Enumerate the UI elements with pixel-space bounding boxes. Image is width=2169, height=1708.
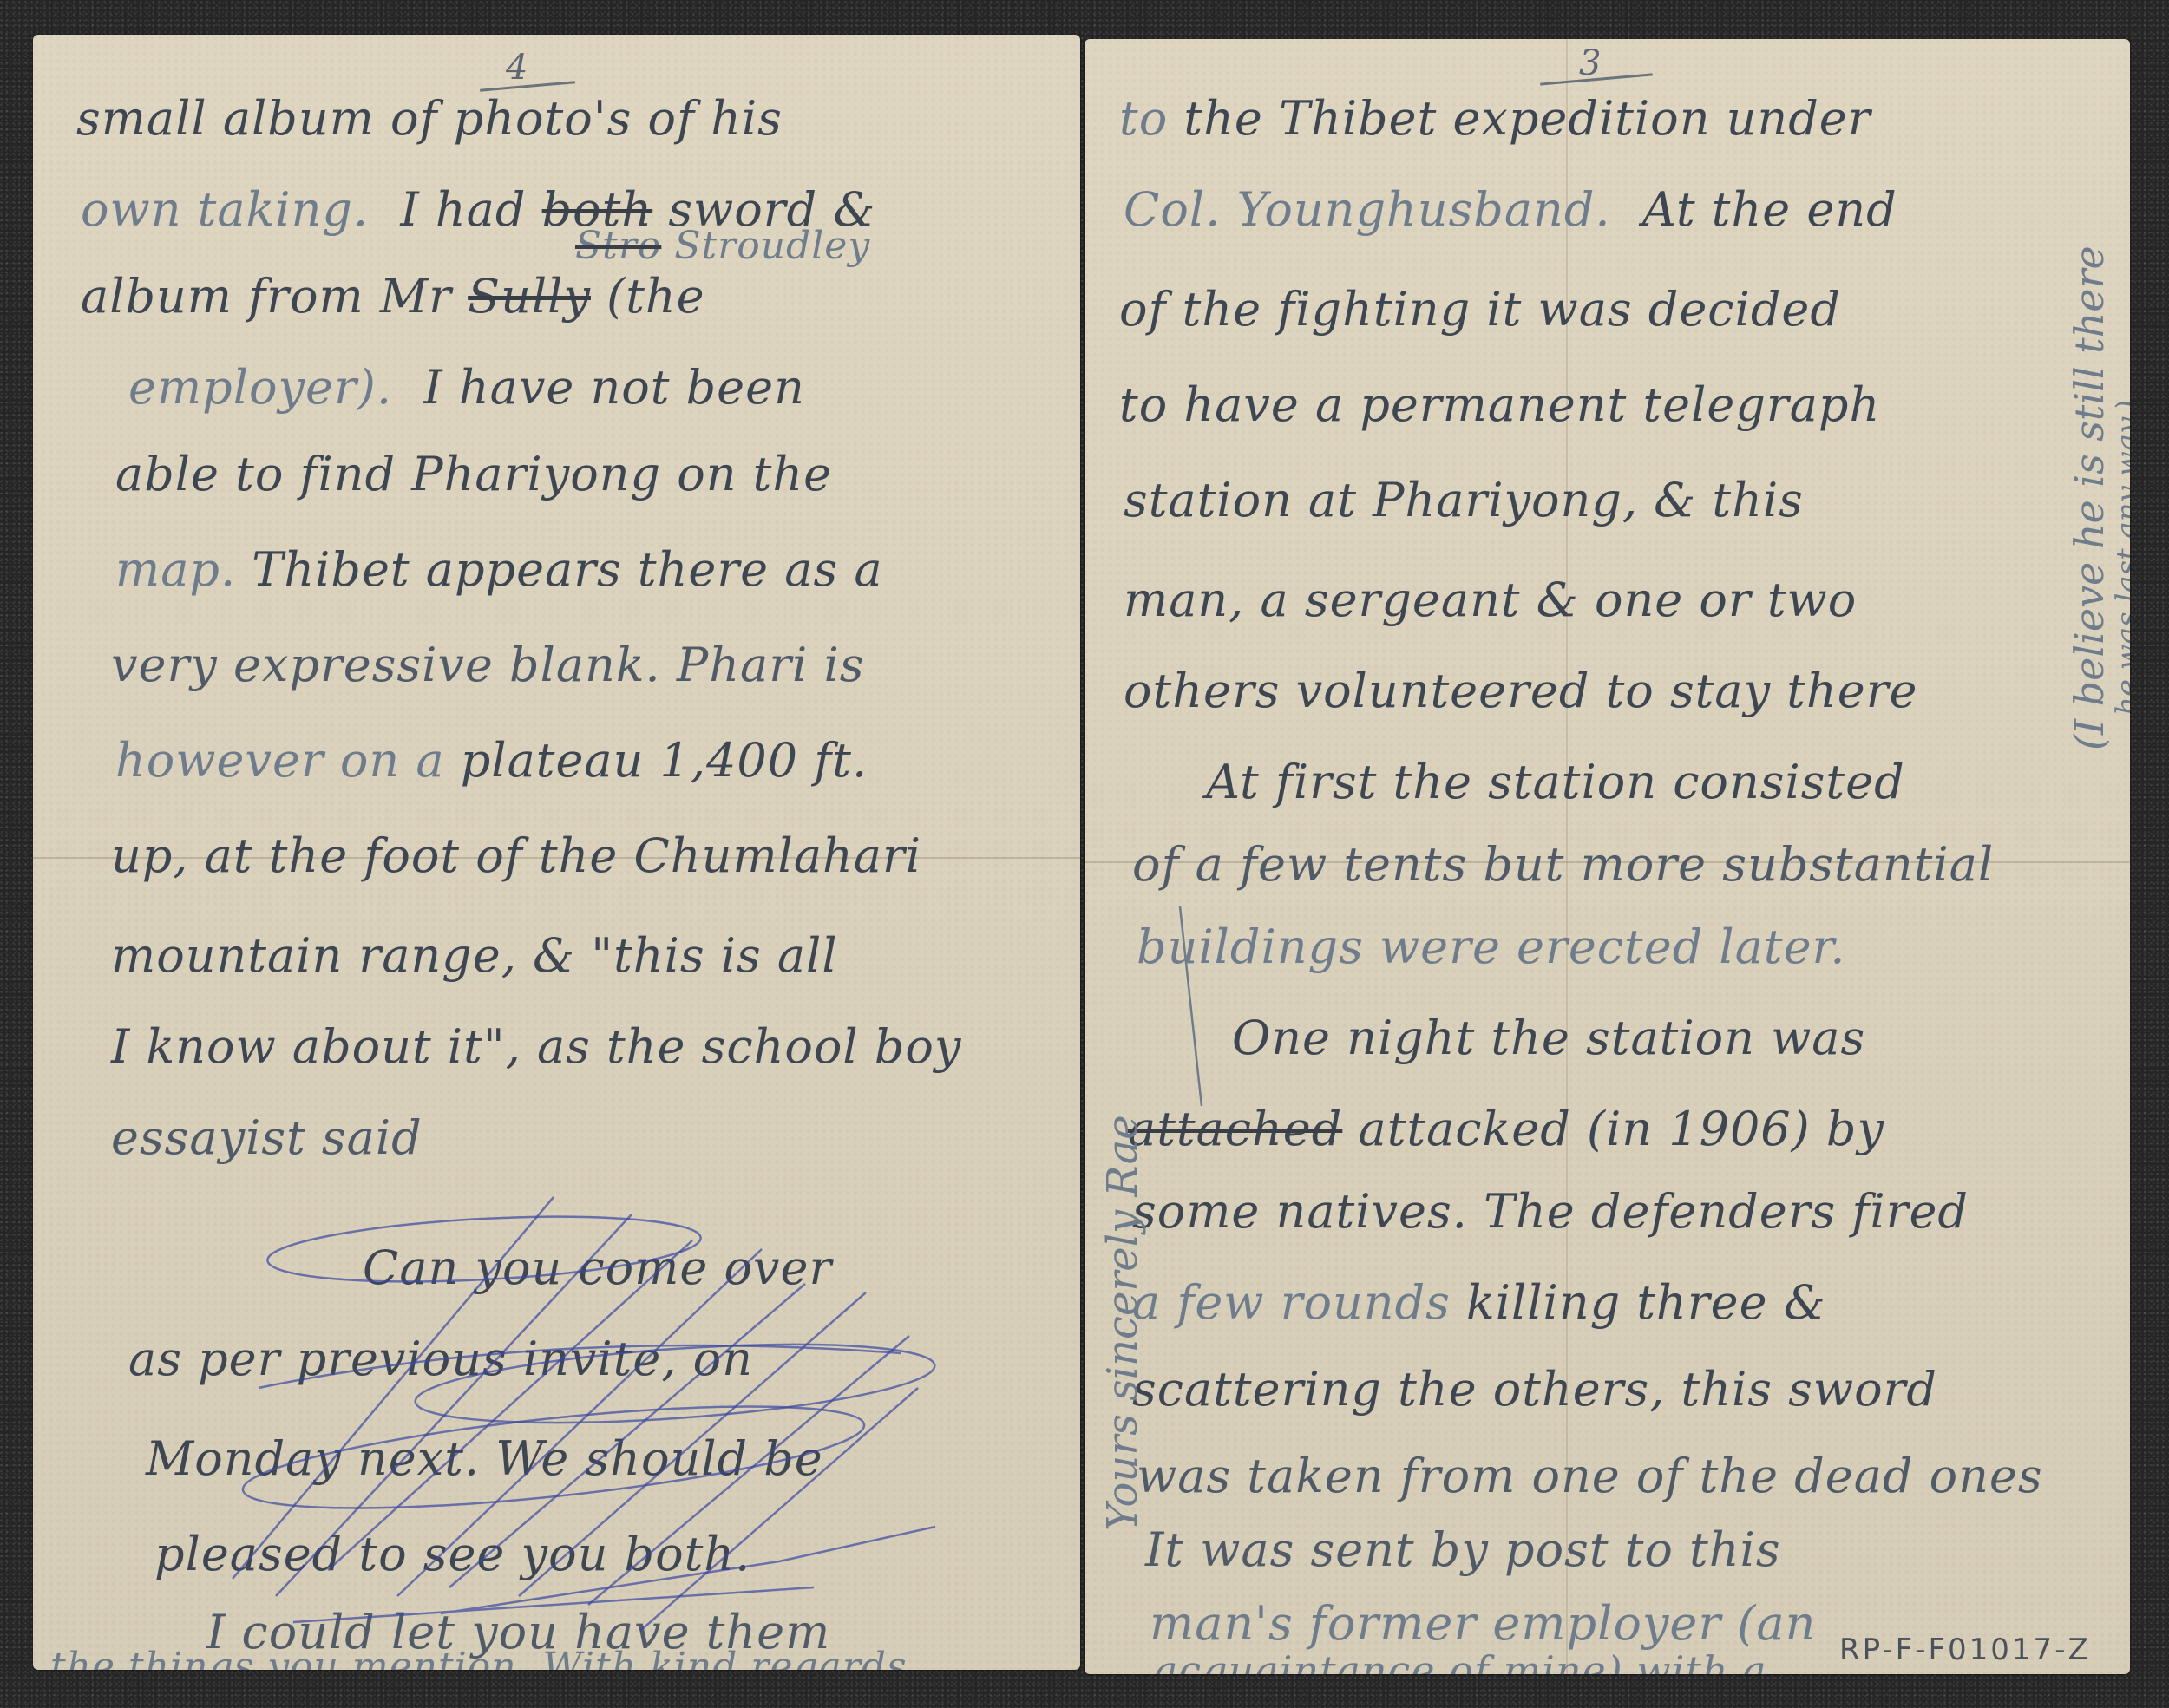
text-line: very expressive blank. Phari is [111, 642, 864, 689]
text-line: up, at the foot of the Chumlahari [111, 833, 921, 880]
text-line: album from Mr Sully (the [81, 273, 705, 320]
text-line: others volunteered to stay there [1124, 668, 1917, 715]
text-line: map. Thibet appears there as a [115, 546, 883, 593]
text-line: Col. Younghusband. At the end [1124, 187, 1897, 233]
text-line: essayist said [111, 1115, 423, 1162]
text-line: buildings were erected later. [1137, 924, 1846, 971]
letter-page-right: 3 to the Thibet expedition under Col. Yo… [1084, 39, 2130, 1674]
text-line: able to find Phariyong on the [115, 451, 832, 498]
text-line: It was sent by post to this [1145, 1527, 1781, 1574]
text-line: some natives. The defenders fired [1132, 1188, 1969, 1235]
page-number: 4 [506, 50, 528, 85]
page-number: 3 [1579, 46, 1601, 81]
text-line: small album of photo's of his [76, 95, 783, 142]
text-line: to the Thibet expedition under [1119, 95, 1871, 142]
text-line: At first the station consisted [1206, 759, 1905, 806]
text-line: the things you mention. With kind regard… [50, 1648, 921, 1670]
text-line: attached attacked (in 1906) by [1128, 1106, 1884, 1153]
scribbled-text-line: Can you come over [363, 1245, 832, 1292]
insertion-text: Stro Stroudley [575, 227, 870, 265]
scribbled-text-line: pleased to see you both. [154, 1531, 750, 1578]
margin-note-right-line2: he was last any way.) [2113, 400, 2130, 716]
text-line: of the fighting it was decided [1119, 286, 1841, 333]
letter-page-left: 4 small album of photo's of his own taki… [33, 35, 1080, 1670]
archive-reference: RP-F-F01017-Z [1839, 1635, 2091, 1665]
scribbled-text-line: Monday next. We should be [146, 1436, 823, 1482]
text-line: however on a plateau 1,400 ft. [115, 737, 868, 784]
text-line: One night the station was [1232, 1015, 1865, 1062]
margin-note-right-line1: (I believe he is still there [2069, 245, 2109, 750]
scribbled-text-line: as per previous invite, on [128, 1336, 753, 1383]
text-line: station at Phariyong, & this [1124, 477, 1804, 524]
text-line: man's former employer (an [1150, 1600, 1816, 1647]
text-line: a few rounds killing three & [1132, 1279, 1826, 1326]
signature-closing: Yours sincerely Rae [1102, 1115, 1143, 1531]
text-line: to have a permanent telegraph [1119, 382, 1880, 429]
text-line: of a few tents but more substantial [1132, 841, 1994, 888]
text-line: man, a sergeant & one or two [1124, 577, 1857, 624]
text-line: acquaintance of mine) with a [1154, 1651, 1767, 1674]
text-line: employer). I have not been [128, 364, 805, 411]
text-line: I know about it", as the school boy [111, 1024, 961, 1070]
text-line: mountain range, & "this is all [111, 933, 838, 979]
text-line: scattering the others, this sword [1132, 1366, 1937, 1413]
text-line: was taken from one of the dead ones [1137, 1453, 2043, 1500]
